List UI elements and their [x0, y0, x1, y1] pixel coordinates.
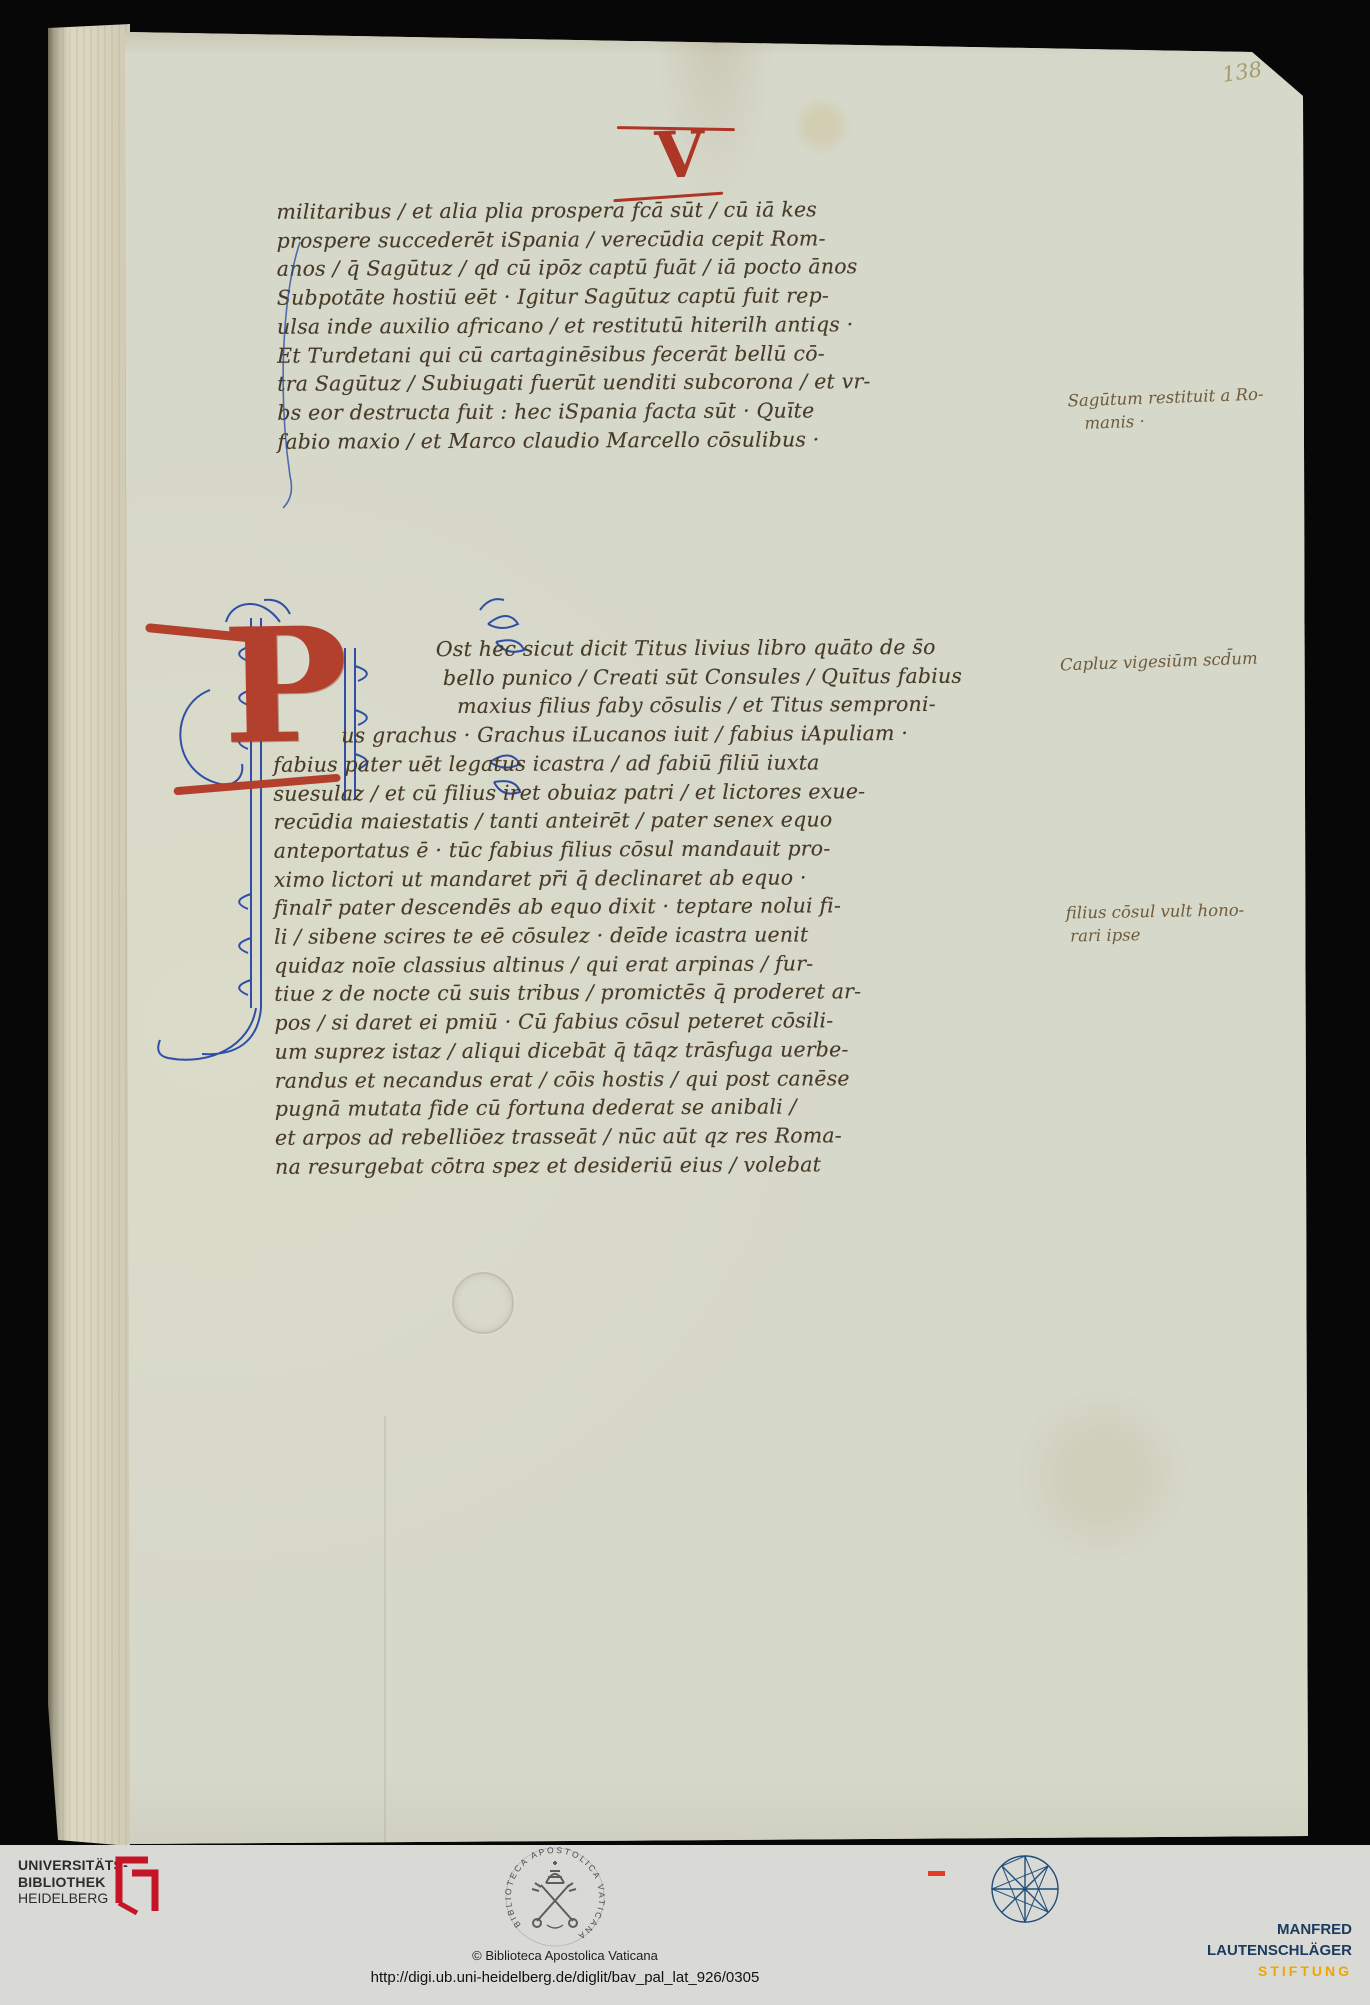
- margin-note-line: filius cōsul vult hono-: [1066, 898, 1245, 924]
- parchment-fold: [384, 1416, 386, 1844]
- margin-note-filius: filius cōsul vult hono- rari ipse: [1066, 898, 1245, 947]
- credit-block: © Biblioteca Apostolica Vaticana http://…: [330, 1948, 800, 1986]
- manuscript-line: li / sibene scires te eē cōsulez · deīde…: [274, 919, 1089, 951]
- manuscript-line: Subpotāte hostiū eēt · Igitur Sagūtuz ca…: [277, 280, 1077, 312]
- manuscript-line: bello punico / Creati sūt Consules / Quī…: [443, 661, 1088, 693]
- margin-note-saguntum: Sagūtum restituit a Ro- manis ·: [1067, 383, 1264, 436]
- manuscript-line: ximo lictori ut mandaret pr̄i q̄ declina…: [274, 862, 1089, 894]
- chapter-numeral: V: [619, 116, 742, 204]
- stiftung-name-line: STIFTUNG: [1207, 1961, 1352, 1982]
- stiftung-name-line: MANFRED: [1207, 1919, 1352, 1940]
- folio-number: 138: [1220, 57, 1263, 87]
- manuscript-line: um suprez istaz / aliqui dicebāt q̄ tāqz…: [275, 1034, 1090, 1066]
- manuscript-line: pos / si daret ei pmiū · Cū fabius cōsul…: [274, 1005, 1089, 1037]
- margin-note-chapter22: Capluz vigesiūm scd̄um: [1060, 647, 1258, 677]
- manuscript-line: us grachus · Grachus iLucanos iuit / fab…: [341, 718, 1088, 750]
- manuscript-line: na resurgebat cōtra spez et desideriū ei…: [275, 1149, 1090, 1181]
- manuscript-line: militaribus / et alia plia prospera fcā …: [276, 194, 1076, 226]
- manuscript-line: anos / q̄ Sagūtuz / qd cū ipōz captū fuā…: [277, 252, 1077, 284]
- manuscript-page: 138 V militaribus / et alia plia prosper…: [122, 26, 1308, 1844]
- ub-heidelberg-logo: [110, 1851, 162, 1915]
- copyright-notice: © Biblioteca Apostolica Vaticana: [330, 1948, 800, 1963]
- manuscript-line: fabio maxio / et Marco claudio Marcello …: [277, 424, 1077, 456]
- manuscript-line: Ost hec sicut dicit Titus livius libro q…: [436, 632, 1088, 664]
- paragraph-1: militaribus / et alia plia prospera fcā …: [276, 194, 1077, 456]
- manuscript-line: suesulaz / et cū filius iret obuiaz patr…: [273, 776, 1088, 808]
- manuscript-line: prospere succederēt iSpania / verecūdia …: [277, 223, 1077, 255]
- manuscript-line: quidaz noīe classius altinus / qui erat …: [274, 948, 1089, 980]
- stiftung-name-line: LAUTENSCHLÄGER: [1207, 1940, 1352, 1961]
- ml-stiftung-logo: [985, 1849, 1065, 1929]
- margin-note-line: Capluz vigesiūm scd̄um: [1060, 647, 1258, 677]
- manuscript-line: tra Sagūtuz / Subiugati fuerūt uenditi s…: [277, 366, 1077, 398]
- stiftung-name: MANFRED LAUTENSCHLÄGER STIFTUNG: [1207, 1919, 1352, 1982]
- source-url[interactable]: http://digi.ub.uni-heidelberg.de/diglit/…: [330, 1969, 800, 1986]
- digitized-manuscript-view: 138 V militaribus / et alia plia prosper…: [0, 0, 1370, 2005]
- manuscript-line: recūdia maiestatis / tanti anteirēt / pa…: [274, 804, 1089, 836]
- manuscript-line: finalr̄ pater descendēs ab equo dixit · …: [274, 891, 1089, 923]
- footer-bar: UNIVERSITÄTS- BIBLIOTHEK HEIDELBERG BIBL…: [0, 1845, 1370, 2005]
- manuscript-line: randus et necandus erat / cōis hostis / …: [275, 1063, 1090, 1095]
- manuscript-line: bs eor destructa fuit : hec iSpania fact…: [277, 395, 1077, 427]
- manuscript-line: Et Turdetani qui cū cartaginēsibus fecer…: [277, 338, 1077, 370]
- red-dash: [928, 1871, 945, 1876]
- manuscript-line: ulsa inde auxilio africano / et restitut…: [277, 309, 1077, 341]
- pen-stroke-decoration: [270, 234, 330, 524]
- blind-stamp: [452, 1272, 514, 1334]
- manuscript-line: anteportatus ē · tūc fabius filius cōsul…: [274, 833, 1089, 865]
- book-page-edges: [48, 14, 130, 1846]
- manuscript-line: pugnā mutata fide cū fortuna dederat se …: [275, 1091, 1090, 1123]
- margin-note-line: manis ·: [1084, 406, 1265, 435]
- vatican-seal: BIBLIOTECA APOSTOLICA VATICANA: [503, 1845, 607, 1949]
- manuscript-line: maxius filius faby cōsulis / et Titus se…: [457, 690, 1088, 721]
- paragraph-2: Ost hec sicut dicit Titus livius libro q…: [273, 632, 1090, 1181]
- margin-note-line: rari ipse: [1070, 921, 1245, 947]
- manuscript-line: fabius pater uēt legatus icastra / ad fa…: [273, 747, 1088, 779]
- manuscript-line: et arpos ad rebelliōez trasseāt / nūc aū…: [275, 1120, 1090, 1152]
- manuscript-line: tiue z de nocte cū suis tribus / promict…: [274, 977, 1089, 1009]
